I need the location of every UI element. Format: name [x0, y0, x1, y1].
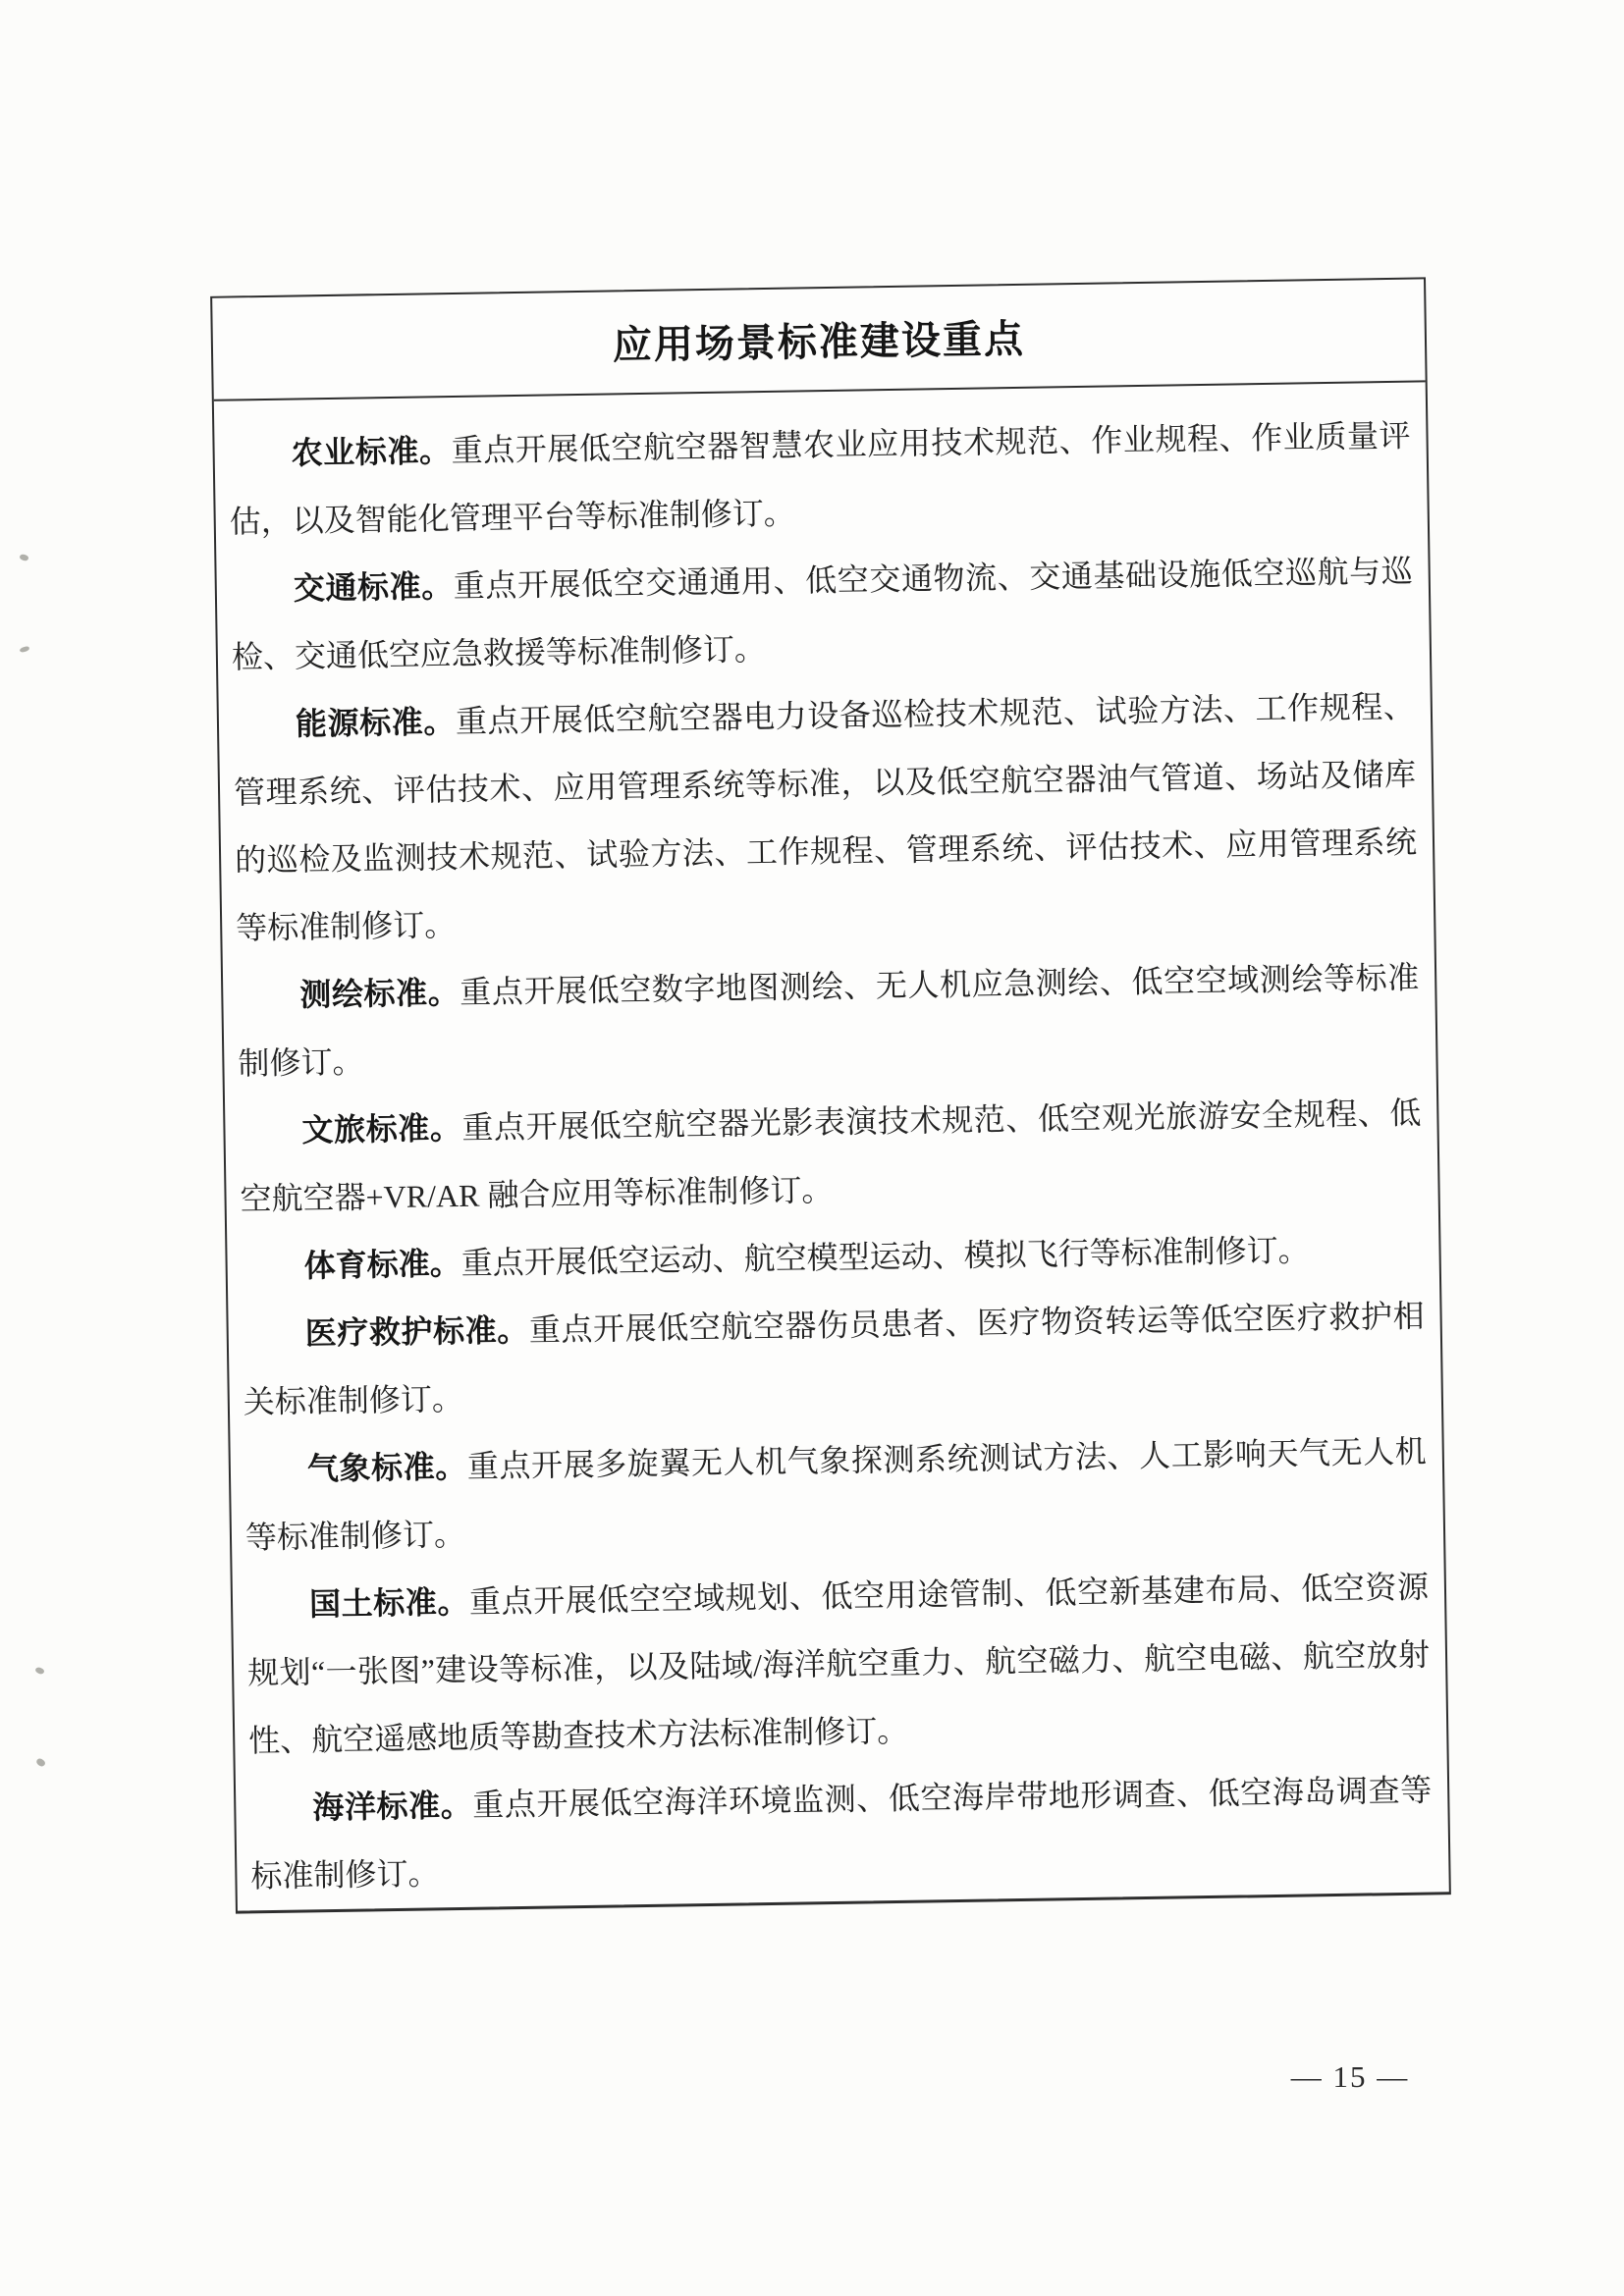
paragraph: 国土标准。重点开展低空空域规划、低空用途管制、低空新基建布局、低空资源规划“一张… [246, 1554, 1432, 1776]
paragraph-label: 医疗救护标准。 [304, 1312, 529, 1352]
table-body: 农业标准。重点开展低空航空器智慧农业应用技术规范、作业规程、作业质量评估，以及智… [214, 382, 1449, 1910]
page-title: 应用场景标准建设重点 [612, 308, 1025, 371]
paragraph-text: 重点开展低空运动、航空模型运动、模拟飞行等标准制修订。 [460, 1232, 1309, 1281]
paragraph-label: 交通标准。 [294, 568, 454, 607]
paragraph-label: 海洋标准。 [312, 1788, 472, 1826]
paragraph: 海洋标准。重点开展低空海洋环境监测、低空海岸带地形调查、低空海岛调查等标准制修订… [249, 1756, 1434, 1910]
paragraph-label: 气象标准。 [307, 1449, 467, 1487]
paragraph-label: 文旅标准。 [301, 1110, 461, 1148]
page-number: — 15 — [1257, 2059, 1443, 2095]
paragraph: 能源标准。重点开展低空航空器电力设备巡检技术规范、试验方法、工作规程、管理系统、… [232, 673, 1418, 963]
paragraph: 文旅标准。重点开展低空航空器光影表演技术规范、低空观光旅游安全规程、低空航空器+… [239, 1080, 1423, 1234]
scan-speck [19, 554, 29, 562]
paragraph-label: 测绘标准。 [299, 975, 460, 1013]
content-box: 应用场景标准建设重点 农业标准。重点开展低空航空器智慧农业应用技术规范、作业规程… [210, 277, 1451, 1913]
paragraph-label: 国土标准。 [309, 1584, 469, 1623]
paragraph: 气象标准。重点开展多旋翼无人机气象探测系统测试方法、人工影响天气无人机等标准制修… [244, 1418, 1428, 1573]
table-header: 应用场景标准建设重点 [212, 279, 1425, 400]
scan-speck [34, 1666, 45, 1675]
scan-speck [35, 1757, 46, 1768]
paragraph: 交通标准。重点开展低空交通通用、低空交通物流、交通基础设施低空巡航与巡检、交通低… [230, 538, 1414, 692]
paragraph-label: 能源标准。 [296, 704, 456, 742]
paragraph-label: 农业标准。 [291, 433, 451, 471]
paragraph: 农业标准。重点开展低空航空器智慧农业应用技术规范、作业规程、作业质量评估，以及智… [228, 402, 1412, 557]
document-page: 应用场景标准建设重点 农业标准。重点开展低空航空器智慧农业应用技术规范、作业规程… [0, 0, 1624, 2296]
paragraph: 医疗救护标准。重点开展低空航空器伤员患者、医疗物资转运等低空医疗救护相关标准制修… [242, 1283, 1426, 1437]
paragraph-label: 体育标准。 [303, 1246, 461, 1284]
scan-speck [20, 646, 30, 653]
paragraph: 测绘标准。重点开展低空数字地图测绘、无人机应急测绘、低空空域测绘等标准制修订。 [237, 944, 1421, 1098]
